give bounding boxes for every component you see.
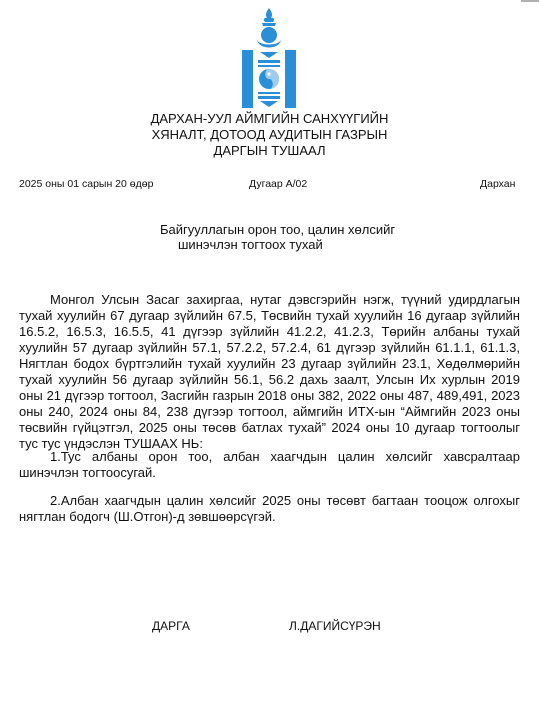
order-item-text: 1.Тус албаны орон тоо, албан хаагчдын ца… [19,449,520,481]
header-line-3: ДАРГЫН ТУШААЛ [0,143,539,159]
order-date: 2025 оны 01 сарын 20 өдөр [19,178,153,190]
signatory-title: ДАРГА [152,619,190,633]
subject-line-1: Байгууллагын орон тоо, цалин хөлсийг [160,222,395,237]
order-item-2: 2.Албан хаагчдын цалин хөлсийг 2025 оны … [19,493,520,525]
order-number: Дугаар А/02 [249,178,307,190]
order-item-text: 2.Албан хаагчдын цалин хөлсийг 2025 оны … [19,493,520,525]
order-subject: Байгууллагын орон тоо, цалин хөлсийг шин… [160,222,395,252]
soyombo-emblem-icon [238,6,300,110]
header-line-1: ДАРХАН-УУЛ АЙМГИЙН САНХҮҮГИЙН [0,111,539,127]
page-corner-mark [521,0,539,2]
preamble-paragraph: Монгол Улсын Засаг захиргаа, нутаг дэвсг… [19,292,520,452]
document-header: ДАРХАН-УУЛ АЙМГИЙН САНХҮҮГИЙН ХЯНАЛТ, ДО… [0,111,539,159]
order-place: Дархан [480,178,515,190]
order-item-1: 1.Тус албаны орон тоо, албан хаагчдын ца… [19,449,520,481]
header-line-2: ХЯНАЛТ, ДОТООД АУДИТЫН ГАЗРЫН [0,127,539,143]
signatory-name: Л.ДАГИЙСҮРЭН [289,619,381,633]
subject-line-2: шинэчлэн тогтоох тухай [160,237,395,252]
preamble-text: Монгол Улсын Засаг захиргаа, нутаг дэвсг… [19,292,520,452]
